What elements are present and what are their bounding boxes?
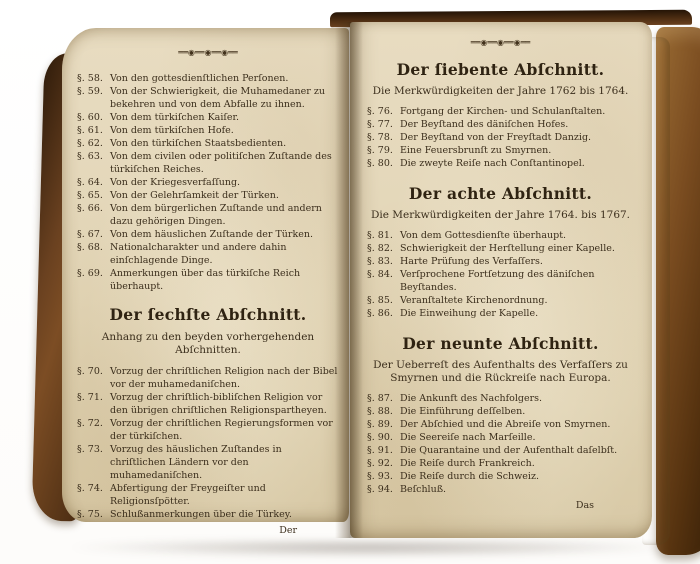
toc-entry: §. 69. Anmerkungen über das türkiſche Re… — [77, 267, 339, 293]
entry-number: §. 82. — [367, 242, 400, 255]
book-drop-shadow — [70, 541, 670, 557]
toc-list-left-bottom: §. 70. Vorzug der chriſtlichen Religion … — [77, 365, 339, 521]
entry-number: §. 84. — [367, 268, 400, 294]
entry-number: §. 92. — [367, 457, 400, 470]
toc-entry: §. 64. Von der Kriegesverfaſſung. — [77, 176, 339, 189]
toc-entry: §. 60. Von dem türkiſchen Kaiſer. — [77, 111, 339, 124]
toc-entry: §. 82. Schwierigkeit der Herſtellung ein… — [367, 242, 634, 255]
toc-entry: §. 72. Vorzug der chriſtlichen Regierung… — [77, 417, 339, 443]
toc-list-section-eight: §. 81. Von dem Gottesdienſte überhaupt. … — [367, 229, 634, 320]
entry-number: §. 59. — [77, 85, 110, 111]
entry-number: §. 62. — [77, 137, 110, 150]
entry-text: Von dem häuslichen Zuſtande der Türken. — [110, 228, 339, 241]
entry-text: Schlußanmerkungen über die Türkey. — [110, 508, 339, 521]
toc-entry: §. 85. Veranſtaltete Kirchenordnung. — [367, 294, 634, 307]
section-subtitle: Die Merkwürdigkeiten der Jahre 1762 bis … — [367, 85, 634, 98]
entry-text: Nationalcharakter und andere dahin einſc… — [110, 241, 339, 267]
entry-text: Vorzug der chriſtlichen Religion nach de… — [110, 365, 339, 391]
entry-text: Die Reiſe durch die Schweiz. — [400, 470, 634, 483]
toc-entry: §. 66. Von dem bürgerlichen Zuſtande und… — [77, 202, 339, 228]
entry-text: Von der Gelehrſamkeit der Türken. — [110, 189, 339, 202]
entry-text: Veranſtaltete Kirchenordnung. — [400, 294, 634, 307]
section-heading: Der neunte Abſchnitt. — [367, 334, 634, 354]
toc-entry: §. 59. Von der Schwierigkeit, die Muhame… — [77, 85, 339, 111]
toc-entry: §. 90. Die Seereiſe nach Marſeille. — [367, 431, 634, 444]
section-eight: Der achte Abſchnitt. Die Merkwürdigkeite… — [367, 184, 634, 320]
section-subtitle: Die Merkwürdigkeiten der Jahre 1764. bis… — [367, 209, 634, 222]
entry-text: Fortgang der Kirchen- und Schulanſtalten… — [400, 105, 634, 118]
toc-entry: §. 68. Nationalcharakter und andere dahi… — [77, 241, 339, 267]
ornament-rule: ══◉══◉══◉══ — [77, 48, 339, 58]
section-heading: Der achte Abſchnitt. — [367, 184, 634, 204]
entry-text: Schwierigkeit der Herſtellung einer Kape… — [400, 242, 634, 255]
entry-number: §. 91. — [367, 444, 400, 457]
toc-list-section-nine: §. 87. Die Ankunft des Nachfolgers. §. 8… — [367, 392, 634, 496]
entry-text: Von der Kriegesverfaſſung. — [110, 176, 339, 189]
toc-entry: §. 62. Von den türkiſchen Staatsbediente… — [77, 137, 339, 150]
section-heading: Der ſechſte Abſchnitt. — [77, 305, 339, 325]
catchword-left: Der — [77, 524, 339, 537]
entry-number: §. 65. — [77, 189, 110, 202]
entry-number: §. 69. — [77, 267, 110, 293]
entry-text: Beſchluß. — [400, 483, 634, 496]
entry-number: §. 67. — [77, 228, 110, 241]
entry-number: §. 80. — [367, 157, 400, 170]
entry-number: §. 89. — [367, 418, 400, 431]
entry-number: §. 73. — [77, 443, 110, 482]
entry-number: §. 76. — [367, 105, 400, 118]
toc-entry: §. 86. Die Einweihung der Kapelle. — [367, 307, 634, 320]
toc-list-left-top: §. 58. Von den gottesdienſtlichen Perſon… — [77, 72, 339, 293]
entry-number: §. 68. — [77, 241, 110, 267]
right-page: ══◉══◉══◉══ Der ſiebente Abſchnitt. Die … — [350, 22, 652, 538]
section-heading: Der ſiebente Abſchnitt. — [367, 60, 634, 80]
entry-number: §. 72. — [77, 417, 110, 443]
entry-number: §. 71. — [77, 391, 110, 417]
entry-number: §. 90. — [367, 431, 400, 444]
entry-text: Die Seereiſe nach Marſeille. — [400, 431, 634, 444]
toc-entry: §. 77. Der Beyſtand des däniſchen Hofes. — [367, 118, 634, 131]
entry-number: §. 79. — [367, 144, 400, 157]
entry-text: Von den türkiſchen Staatsbedienten. — [110, 137, 339, 150]
entry-number: §. 64. — [77, 176, 110, 189]
entry-number: §. 85. — [367, 294, 400, 307]
toc-entry: §. 89. Der Abſchied und die Abreiſe von … — [367, 418, 634, 431]
entry-text: Vorzug der chriſtlich-bibliſchen Religio… — [110, 391, 339, 417]
entry-text: Die Reiſe durch Frankreich. — [400, 457, 634, 470]
section-nine: Der neunte Abſchnitt. Der Ueberreſt des … — [367, 334, 634, 496]
toc-entry: §. 78. Der Beyſtand von der Freyſtadt Da… — [367, 131, 634, 144]
entry-number: §. 60. — [77, 111, 110, 124]
entry-number: §. 58. — [77, 72, 110, 85]
left-page: ══◉══◉══◉══ §. 58. Von den gottesdienſtl… — [62, 28, 349, 522]
entry-number: §. 66. — [77, 202, 110, 228]
entry-number: §. 70. — [77, 365, 110, 391]
entry-text: Harte Prüfung des Verfaſſers. — [400, 255, 634, 268]
toc-entry: §. 67. Von dem häuslichen Zuſtande der T… — [77, 228, 339, 241]
toc-entry: §. 61. Von dem türkiſchen Hofe. — [77, 124, 339, 137]
entry-text: Von dem Gottesdienſte überhaupt. — [400, 229, 634, 242]
entry-text: Von dem türkiſchen Hofe. — [110, 124, 339, 137]
toc-entry: §. 83. Harte Prüfung des Verfaſſers. — [367, 255, 634, 268]
catchword-right: Das — [367, 499, 634, 512]
entry-text: Anmerkungen über das türkiſche Reich übe… — [110, 267, 339, 293]
entry-text: Die Einweihung der Kapelle. — [400, 307, 634, 320]
toc-entry: §. 91. Die Quarantaine und der Aufenthal… — [367, 444, 634, 457]
entry-text: Die Ankunft des Nachfolgers. — [400, 392, 634, 405]
entry-number: §. 78. — [367, 131, 400, 144]
section-seven: Der ſiebente Abſchnitt. Die Merkwürdigke… — [367, 60, 634, 170]
open-book: ══◉══◉══◉══ §. 58. Von den gottesdienſtl… — [30, 5, 695, 560]
toc-entry: §. 76. Fortgang der Kirchen- und Schulan… — [367, 105, 634, 118]
toc-entry: §. 92. Die Reiſe durch Frankreich. — [367, 457, 634, 470]
ornament-rule: ══◉══◉══◉══ — [367, 38, 634, 48]
entry-text: Von den gottesdienſtlichen Perſonen. — [110, 72, 339, 85]
entry-number: §. 75. — [77, 508, 110, 521]
entry-text: Von dem bürgerlichen Zuſtande und andern… — [110, 202, 339, 228]
toc-entry: §. 79. Eine Feuersbrunſt zu Smyrnen. — [367, 144, 634, 157]
entry-number: §. 61. — [77, 124, 110, 137]
entry-text: Abfertigung der Freygeiſter und Religion… — [110, 482, 339, 508]
toc-entry: §. 87. Die Ankunft des Nachfolgers. — [367, 392, 634, 405]
entry-text: Die Quarantaine und der Aufenthalt daſel… — [400, 444, 634, 457]
entry-number: §. 83. — [367, 255, 400, 268]
toc-entry: §. 93. Die Reiſe durch die Schweiz. — [367, 470, 634, 483]
entry-number: §. 94. — [367, 483, 400, 496]
toc-entry: §. 84. Verſprochene Fortſetzung des däni… — [367, 268, 634, 294]
entry-text: Der Abſchied und die Abreiſe von Smyrnen… — [400, 418, 634, 431]
section-subtitle: Der Ueberreſt des Aufenthalts des Verfaſ… — [367, 359, 634, 385]
entry-text: Eine Feuersbrunſt zu Smyrnen. — [400, 144, 634, 157]
toc-entry: §. 74. Abfertigung der Freygeiſter und R… — [77, 482, 339, 508]
entry-number: §. 86. — [367, 307, 400, 320]
entry-text: Von dem civilen oder politiſchen Zuſtand… — [110, 150, 339, 176]
toc-entry: §. 81. Von dem Gottesdienſte überhaupt. — [367, 229, 634, 242]
entry-number: §. 81. — [367, 229, 400, 242]
entry-number: §. 88. — [367, 405, 400, 418]
toc-entry: §. 75. Schlußanmerkungen über die Türkey… — [77, 508, 339, 521]
entry-number: §. 87. — [367, 392, 400, 405]
entry-text: Verſprochene Fortſetzung des däniſchen B… — [400, 268, 634, 294]
entry-number: §. 77. — [367, 118, 400, 131]
entry-number: §. 93. — [367, 470, 400, 483]
entry-number: §. 74. — [77, 482, 110, 508]
toc-entry: §. 73. Vorzug des häuslichen Zuſtandes i… — [77, 443, 339, 482]
entry-text: Vorzug der chriſtlichen Regierungsformen… — [110, 417, 339, 443]
entry-number: §. 63. — [77, 150, 110, 176]
toc-entry: §. 71. Vorzug der chriſtlich-bibliſchen … — [77, 391, 339, 417]
entry-text: Von dem türkiſchen Kaiſer. — [110, 111, 339, 124]
entry-text: Vorzug des häuslichen Zuſtandes in chriſ… — [110, 443, 339, 482]
toc-list-section-seven: §. 76. Fortgang der Kirchen- und Schulan… — [367, 105, 634, 170]
toc-entry: §. 65. Von der Gelehrſamkeit der Türken. — [77, 189, 339, 202]
entry-text: Der Beyſtand des däniſchen Hofes. — [400, 118, 634, 131]
entry-text: Die Einführung deſſelben. — [400, 405, 634, 418]
toc-entry: §. 58. Von den gottesdienſtlichen Perſon… — [77, 72, 339, 85]
toc-entry: §. 63. Von dem civilen oder politiſchen … — [77, 150, 339, 176]
toc-entry: §. 88. Die Einführung deſſelben. — [367, 405, 634, 418]
toc-entry: §. 80. Die zweyte Reiſe nach Conſtantino… — [367, 157, 634, 170]
book-photo: ══◉══◉══◉══ §. 58. Von den gottesdienſtl… — [0, 0, 700, 564]
entry-text: Von der Schwierigkeit, die Muhamedaner z… — [110, 85, 339, 111]
entry-text: Der Beyſtand von der Freyſtadt Danzig. — [400, 131, 634, 144]
entry-text: Die zweyte Reiſe nach Conſtantinopel. — [400, 157, 634, 170]
section-subtitle: Anhang zu den beyden vorhergehenden Abſc… — [77, 331, 339, 357]
toc-entry: §. 94. Beſchluß. — [367, 483, 634, 496]
toc-entry: §. 70. Vorzug der chriſtlichen Religion … — [77, 365, 339, 391]
